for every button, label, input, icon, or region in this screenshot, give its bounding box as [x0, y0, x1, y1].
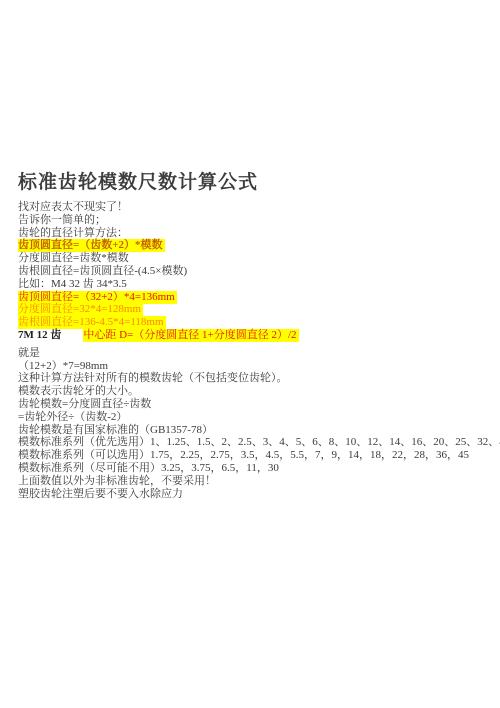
- formula-line-root-diameter: 齿根圆直径=齿顶圆直径-(4.5×模数): [18, 265, 492, 278]
- example-line: 比如：M4 32 齿 34*3.5: [18, 278, 492, 291]
- module-formula-line: 齿轮模数=分度圆直径÷齿数: [18, 398, 492, 411]
- intro-line: 齿轮的直径计算方法：: [18, 227, 492, 240]
- note-plastic-gear-line: 塑胶齿轮注塑后要不要入水除应力: [18, 488, 492, 501]
- module-formula-line: =齿轮外径÷（齿数-2）: [18, 411, 492, 424]
- text-line: 就是: [18, 347, 492, 360]
- highlighted-result: 齿根圆直径=136-4.5*4=118mm: [18, 316, 166, 329]
- example-result-pitch: 分度圆直径=32*4=128mm: [18, 303, 492, 316]
- highlighted-formula: 齿顶圆直径=（齿数+2）*模数: [18, 239, 165, 252]
- formula-line-pitch-diameter: 分度圆直径=齿数*模数: [18, 252, 492, 265]
- note-line: 模数表示齿轮牙的大小。: [18, 385, 492, 398]
- highlighted-result: 分度圆直径=32*4=128mm: [18, 303, 143, 316]
- calc-result-line: （12+2）*7=98mm: [18, 360, 492, 373]
- example-result-tip: 齿顶圆直径=（32+2）*4=136mm: [18, 291, 492, 304]
- intro-line: 告诉你一简单的；: [18, 214, 492, 227]
- standard-reference-line: 齿轮模数是有国家标准的（GB1357-78）: [18, 424, 492, 437]
- example-result-root: 齿根圆直径=136-4.5*4=118mm: [18, 316, 492, 329]
- module-series-preferred: 模数标准系列（优先选用）1、1.25、1.5、2、2.5、3、4、5、6、8、1…: [18, 436, 492, 449]
- module-series-allowed: 模数标准系列（可以选用）1.75，2.25，2.75，3.5，4.5，5.5，7…: [18, 449, 492, 462]
- intro-line: 找对应表太不现实了！: [18, 201, 492, 214]
- module-series-avoid: 模数标准系列（尽可能不用）3.25，3.75，6.5，11，30: [18, 462, 492, 475]
- gear-spec-label: 7M 12 齿: [18, 329, 61, 341]
- formula-line-tip-diameter: 齿顶圆直径=（齿数+2）*模数: [18, 239, 492, 252]
- document-page: 标准齿轮模数尺数计算公式 找对应表太不现实了！ 告诉你一简单的； 齿轮的直径计算…: [0, 0, 500, 708]
- note-line: 这种计算方法针对所有的模数齿轮（不包括变位齿轮）。: [18, 372, 492, 385]
- warning-line: 上面数值以外为非标准齿轮，不要采用！: [18, 475, 492, 488]
- highlighted-center-distance-formula: 中心距 D=（分度圆直径 1+分度圆直径 2）/2: [83, 329, 298, 342]
- page-title: 标准齿轮模数尺数计算公式: [18, 172, 492, 193]
- highlighted-result: 齿顶圆直径=（32+2）*4=136mm: [18, 291, 177, 304]
- center-distance-line: 7M 12 齿中心距 D=（分度圆直径 1+分度圆直径 2）/2: [18, 329, 492, 342]
